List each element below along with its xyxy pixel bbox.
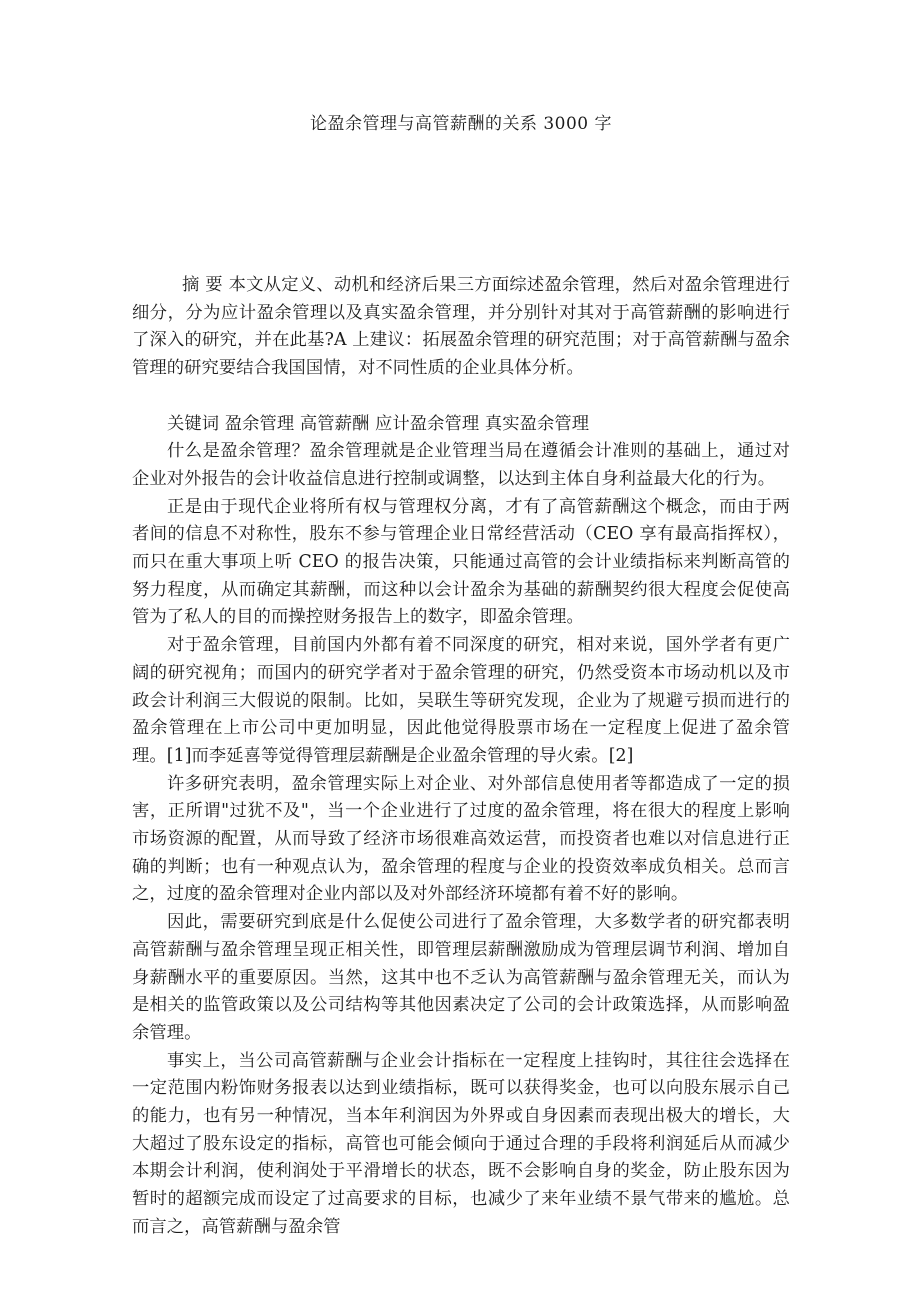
body-paragraph-in-fact: 事实上，当公司高管薪酬与企业会计指标在一定程度上挂钩时，其往往会选择在一定范围内…	[132, 1048, 790, 1242]
body-paragraph-harm: 许多研究表明，盈余管理实际上对企业、对外部信息使用者等都造成了一定的损害，正所谓…	[132, 771, 790, 910]
document-page: 论盈余管理与高管薪酬的关系 3000 字 摘 要 本文从定义、动机和经济后果三方…	[0, 0, 920, 1302]
body-paragraph-research-review: 对于盈余管理，目前国内外都有着不同深度的研究，相对来说，国外学者有更广阔的研究视…	[132, 632, 790, 771]
body-paragraph-definition: 什么是盈余管理？盈余管理就是企业管理当局在遵循会计准则的基础上，通过对企业对外报…	[132, 438, 790, 493]
document-title: 论盈余管理与高管薪酬的关系 3000 字	[132, 110, 790, 138]
abstract-paragraph: 摘 要 本文从定义、动机和经济后果三方面综述盈余管理，然后对盈余管理进行细分，分…	[132, 272, 790, 383]
body-paragraph-ownership-separation: 正是由于现代企业将所有权与管理权分离，才有了高管薪酬这个概念，而由于两者间的信息…	[132, 494, 790, 633]
body-paragraph-motivation: 因此，需要研究到底是什么促使公司进行了盈余管理，大多数学者的研究都表明高管薪酬与…	[132, 909, 790, 1048]
keywords-line: 关键词 盈余管理 高管薪酬 应计盈余管理 真实盈余管理	[132, 411, 790, 439]
